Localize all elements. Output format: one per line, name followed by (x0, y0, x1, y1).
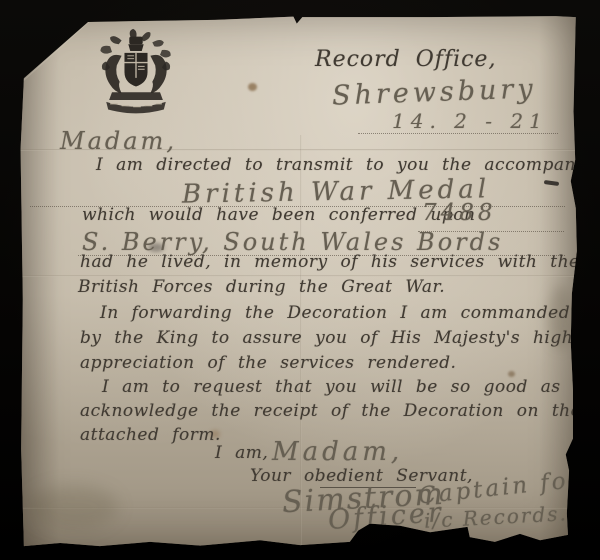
photo-background: Record Office, Shrewsbury 14. 2 - 21 Mad… (0, 0, 600, 560)
rust-stain (248, 83, 257, 91)
salutation: Madam, (60, 127, 177, 155)
body-line: attached form. (80, 425, 221, 445)
body-line: acknowledge the receipt of the Decoratio… (80, 401, 581, 421)
body-line: had he lived, in memory of his services … (80, 252, 580, 272)
letter-paper: Record Office, Shrewsbury 14. 2 - 21 Mad… (20, 15, 578, 551)
letterhead-office: Record Office, (315, 47, 496, 72)
service-number: 7488 (422, 200, 497, 226)
date-dotted-line (358, 133, 558, 134)
body-line: which would have been conferred upon (82, 205, 475, 225)
corner-grime (28, 485, 118, 529)
body-line: appreciation of the services rendered. (80, 353, 456, 373)
body-line: I am to request that you will be so good… (102, 377, 592, 397)
letterhead-date: 14. 2 - 21 (392, 109, 548, 133)
ink-dash-mark (544, 180, 559, 186)
closing-i-am: I am, (215, 443, 268, 463)
letterhead-town: Shrewsbury (332, 73, 538, 111)
body-line: In forwarding the Decoration I am comman… (100, 303, 570, 323)
closing-madam: Madam, (272, 437, 403, 467)
body-line: I am directed to transmit to you the acc… (96, 155, 600, 175)
royal-coat-of-arms-icon (92, 27, 180, 123)
body-line: British Forces during the Great War. (78, 277, 445, 297)
body-line: by the King to assure you of His Majesty… (80, 328, 573, 348)
